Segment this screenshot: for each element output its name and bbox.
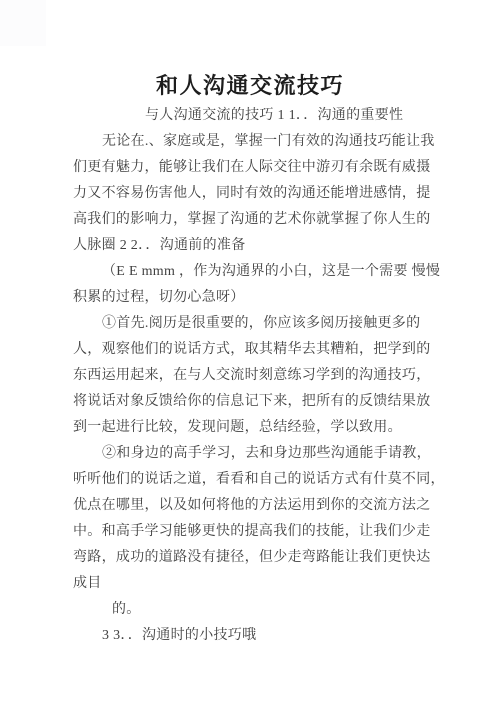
document-title: 和人沟通交流技巧: [0, 71, 500, 101]
text-line-1: 无论在.、家庭或是，掌握一门有效的沟通技巧能让我: [73, 129, 415, 155]
text-line-12: 到一起进行比较，发现问题，总结经验，学以致用。: [73, 415, 415, 441]
text-line-0: 与人沟通交流的技巧 1 1．．沟通的重要性: [73, 103, 415, 129]
text-line-5: 人脉圈 2 2．．沟通前的准备: [73, 233, 415, 259]
text-line-11: 将说话对象反馈给你的信息记下来，把所有的反馈结果放: [73, 389, 415, 415]
text-line-15: 优点在哪里，以及如何将他的方法运用到你的交流方法之: [73, 493, 415, 519]
text-line-14: 听听他们的说话之道，看看和自己的说话方式有什莫不同，: [73, 467, 415, 493]
text-line-4: 高我们的影响力，掌握了沟通的艺术你就掌握了你人生的: [73, 207, 415, 233]
text-line-2: 们更有魅力，能够让我们在人际交往中游刃有余既有威摄: [73, 155, 415, 181]
corner-artifact: [0, 0, 46, 46]
text-line-16: 中。和高手学习能够更快的提高我们的技能，让我们少走: [73, 519, 415, 545]
text-line-17: 弯路，成功的道路没有捷径，但少走弯路能让我们更快达: [73, 545, 415, 571]
text-line-19: 的。: [73, 597, 415, 623]
text-line-6: （E E mmm ，作为沟通界的小白，这是一个需要 慢慢: [73, 259, 415, 285]
text-line-8: ①首先.阅历是很重要的，你应该多阅历接触更多的: [73, 311, 415, 337]
text-line-9: 人，观察他们的说话方式，取其精华去其糟粕，把学到的: [73, 337, 415, 363]
text-line-20: 3 3．．沟通时的小技巧哦: [73, 623, 415, 649]
text-line-7: 积累的过程，切勿心急呀）: [73, 285, 415, 311]
text-line-13: ②和身边的高手学习，去和身边那些沟通能手请教，: [73, 441, 415, 467]
document-body: 与人沟通交流的技巧 1 1．．沟通的重要性无论在.、家庭或是，掌握一门有效的沟通…: [73, 103, 415, 649]
text-line-10: 东西运用起来，在与人交流时刻意练习学到的沟通技巧，: [73, 363, 415, 389]
text-line-3: 力又不容易伤害他人，同时有效的沟通还能增进感情，提: [73, 181, 415, 207]
text-line-18: 成目: [73, 571, 415, 597]
document-page: 和人沟通交流技巧 与人沟通交流的技巧 1 1．．沟通的重要性无论在.、家庭或是，…: [0, 0, 500, 708]
